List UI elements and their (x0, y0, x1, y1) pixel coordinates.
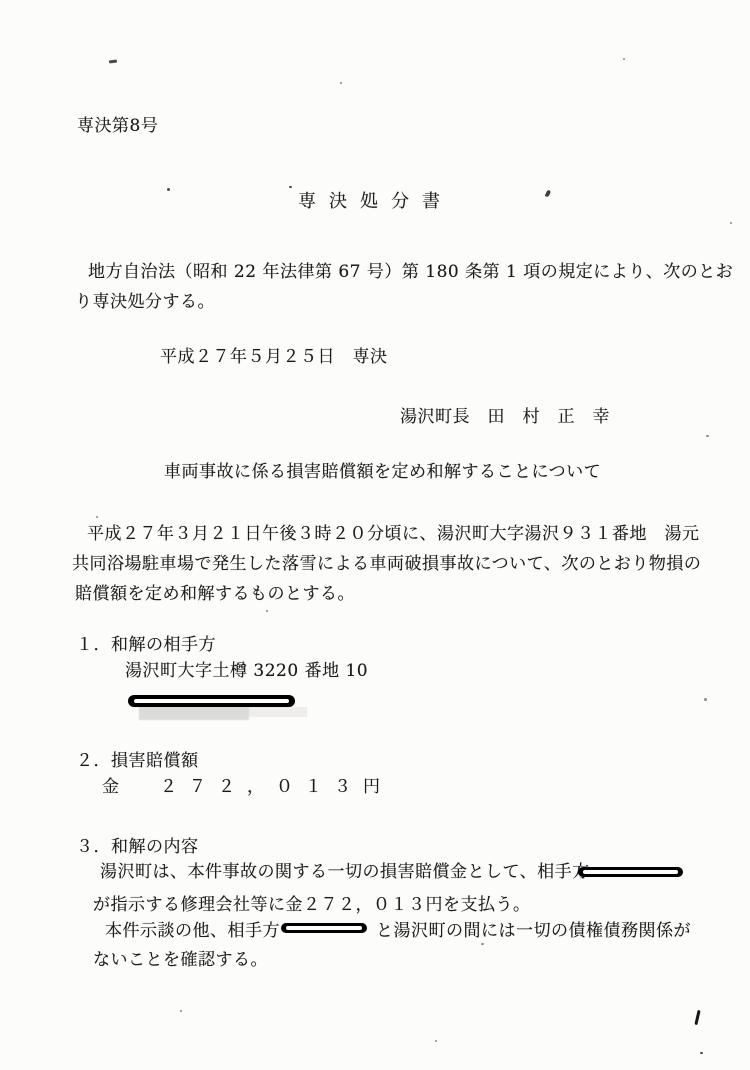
accident-paragraph-line-2: 共同浴場駐車場で発生した落雪による車両破損事故について、次のとおり物損の (72, 555, 701, 575)
redaction-bar-name-inline-1 (578, 867, 683, 877)
terms-line-2: が指示する修理会社等に金２７２，０１３円を支払う。 (93, 896, 531, 916)
redaction-core (583, 870, 678, 874)
scan-speck (109, 59, 117, 63)
accident-paragraph-line-1: 平成２７年３月２１日午後３時２０分頃に、湯沢町大字湯沢９３１番地 湯元 (87, 525, 700, 545)
scanned-document-page: 専決第8号 専決処分書 地方自治法（昭和 22 年法律第 67 号）第 180 … (0, 0, 750, 1070)
scan-speck (694, 1010, 700, 1025)
terms-line-3-start: 本件示談の他、相手方 (105, 922, 280, 942)
redaction-core (134, 699, 289, 703)
scan-speck (289, 186, 292, 188)
item1-address: 湯沢町大字土樽 3220 番地 10 (125, 662, 368, 682)
legal-basis-line-1: 地方自治法（昭和 22 年法律第 67 号）第 180 条第 1 項の規定により… (88, 263, 733, 283)
item2-amount: 金 ２７２，０１３円 (102, 778, 392, 798)
redaction-core (286, 926, 362, 930)
scan-speck (435, 1040, 437, 1042)
item3-heading: ３．和解の内容 (76, 838, 199, 858)
terms-line-1: 湯沢町は、本件事故の関する一切の損害賠償金として、相手方 (100, 863, 590, 883)
scan-speck (481, 943, 484, 945)
scan-speck (96, 516, 98, 518)
scan-speck (545, 189, 552, 197)
doc-number: 専決第8号 (77, 117, 158, 137)
document-title: 専決処分書 (298, 192, 453, 213)
scan-speck (706, 435, 709, 437)
redaction-bar-name-inline-2 (281, 923, 367, 933)
subject-title: 車両事故に係る損害賠償額を定め和解することについて (164, 463, 601, 483)
legal-basis-line-2: り専決処分する。 (75, 293, 215, 313)
decision-date-line: 平成２７年５月２５日 専決 (160, 348, 388, 368)
mayor-signature-line: 湯沢町長 田 村 正 幸 (400, 408, 610, 428)
scan-speck (180, 1010, 182, 1012)
erased-text-smudge (139, 706, 249, 720)
scan-speck (167, 188, 170, 191)
accident-paragraph-line-3: 賠償額を定め和解するものとする。 (75, 585, 355, 605)
scan-speck (730, 222, 732, 224)
scan-speck (340, 82, 342, 84)
terms-line-4: ないことを確認する。 (93, 951, 268, 971)
terms-line-3-end: と湯沢町の間には一切の債権債務関係が (376, 922, 691, 942)
redaction-bar-name (128, 695, 295, 707)
item1-heading: １．和解の相手方 (76, 636, 216, 656)
scan-speck (266, 610, 268, 612)
scan-speck (704, 698, 707, 701)
scan-speck (700, 1052, 703, 1054)
scan-speck (623, 58, 625, 60)
item2-heading: ２．損害賠償額 (76, 752, 199, 772)
